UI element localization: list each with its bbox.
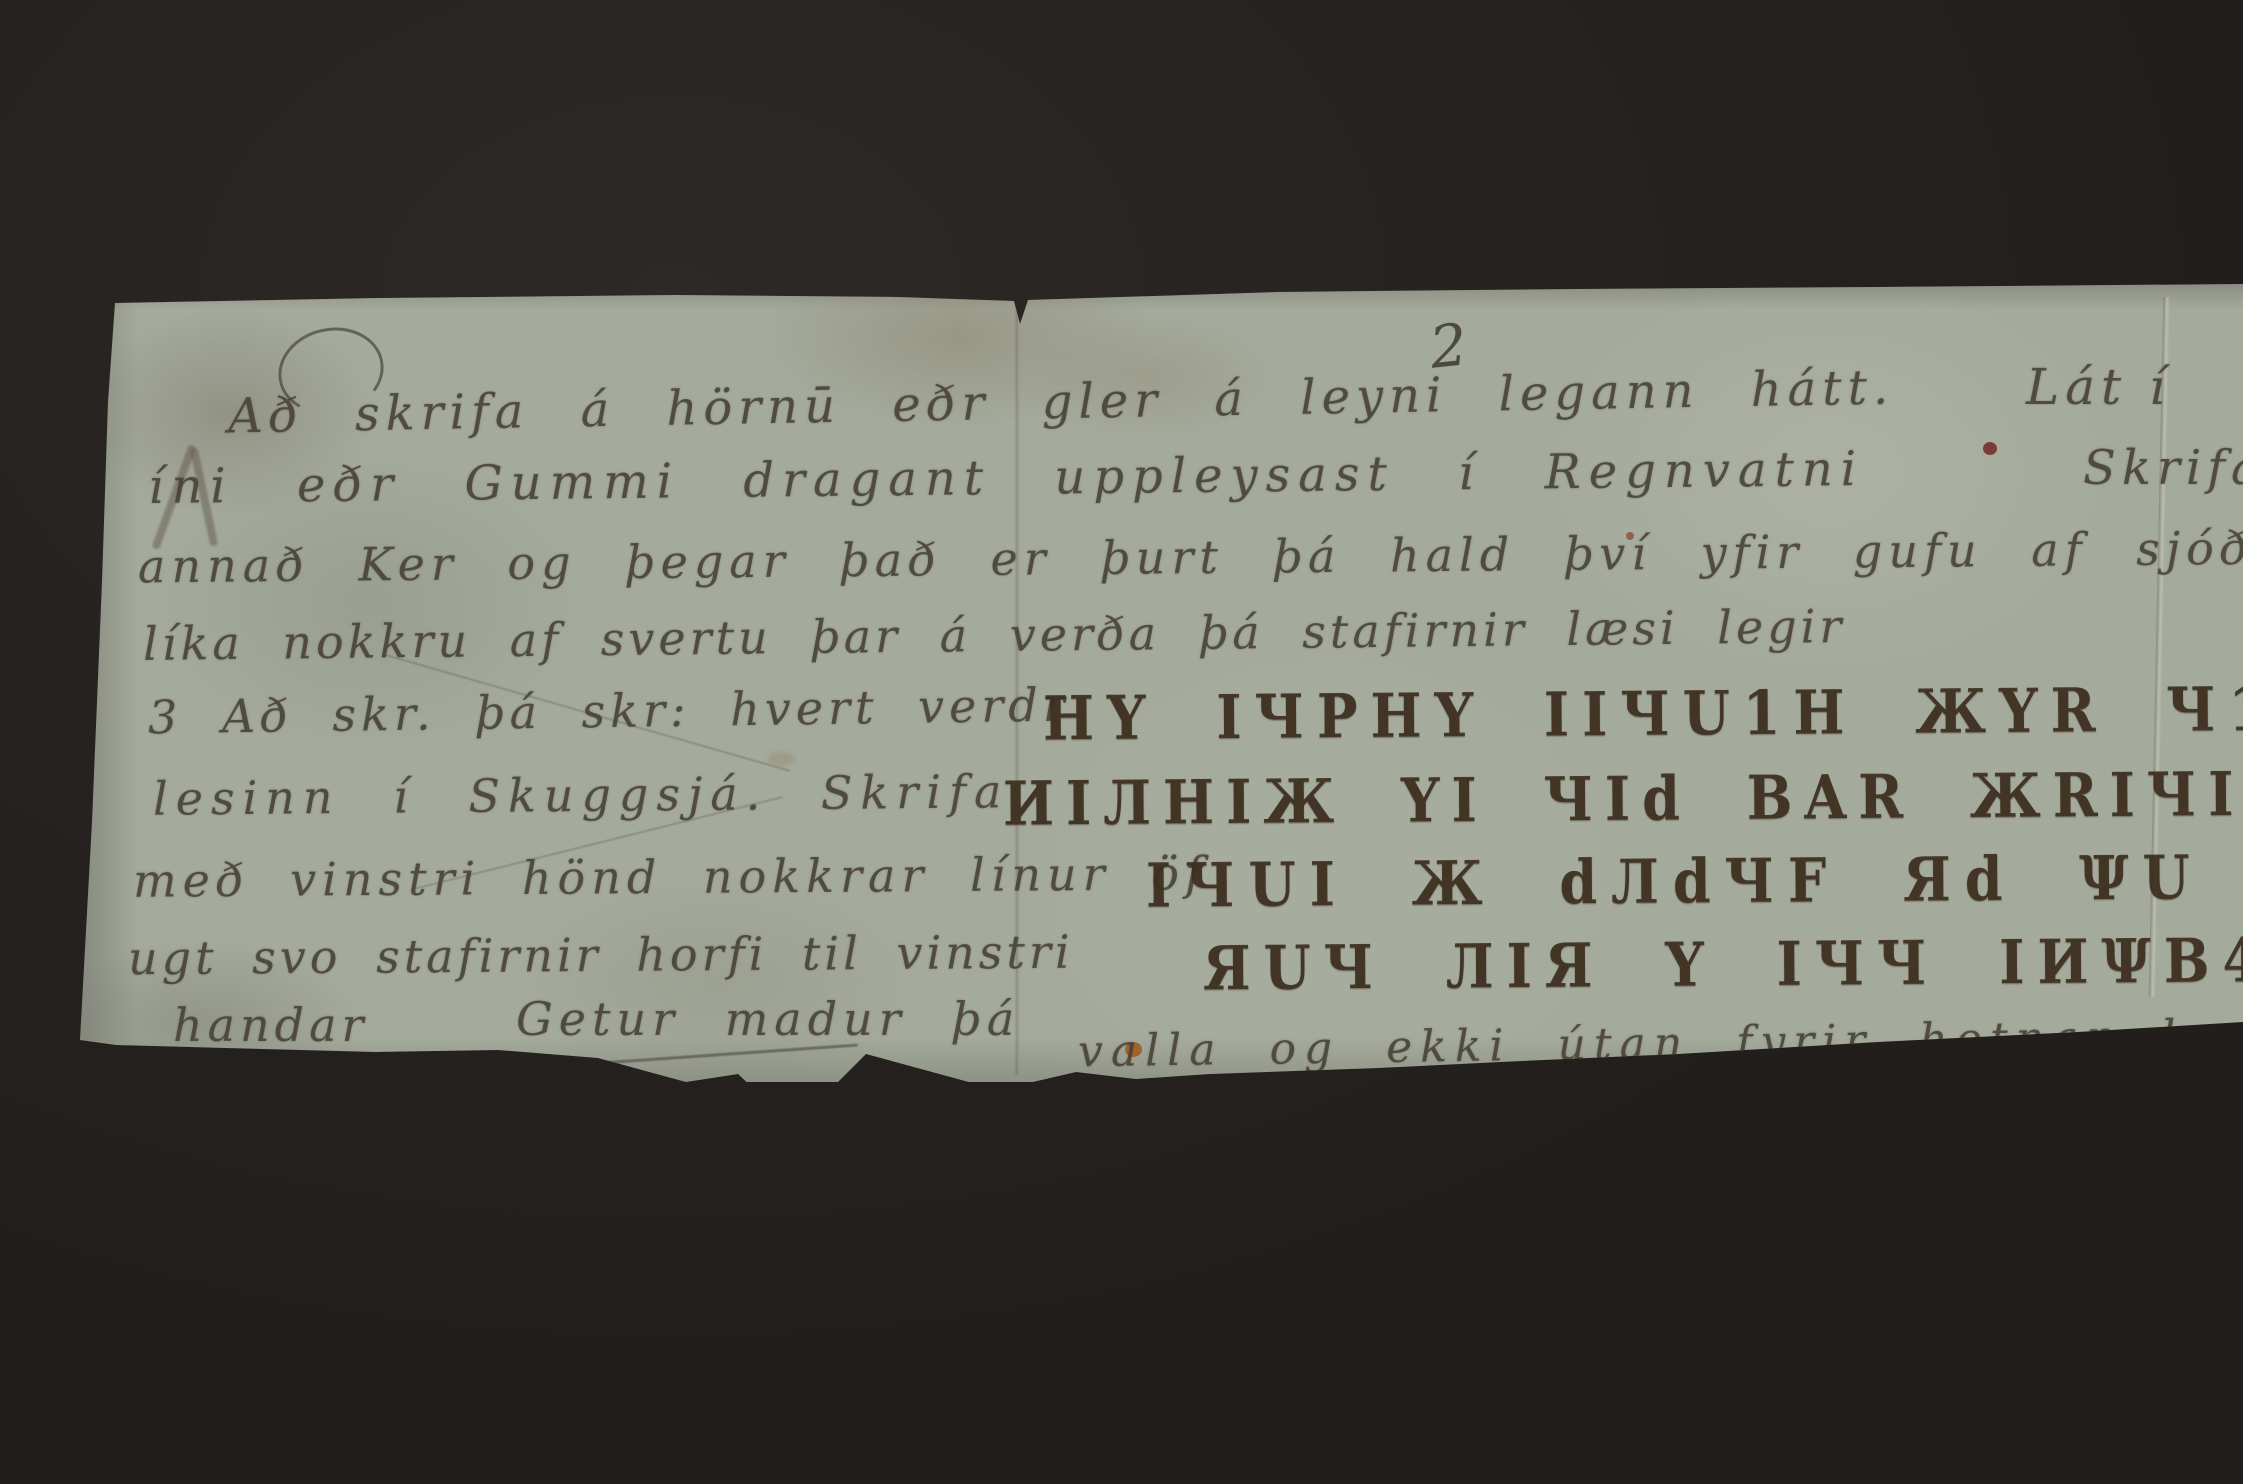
faint-stain [768, 752, 794, 766]
rune-row-1: HY IЧPHY IIЧU1H ЖYR Ч1d ИP1Л [1043, 670, 2243, 754]
ink-blot-red [1983, 442, 1997, 455]
text-line-5: 3 Að skr. þá skr: hvert verdr [148, 678, 1070, 745]
text-line-8: ugt svo stafirnir horfi til vinstri [128, 925, 1074, 986]
text-line-1: Að skrifa á hörnū eðr gler á leyni legan… [228, 359, 1895, 444]
text-line-2-right: Skrifa [2083, 440, 2243, 496]
rune-row-4: ЯUЧ ЛIЯ Y IЧЧ IИΨB4ЯU ΨЧ ЧU [1203, 920, 2243, 1004]
rune-row-3: IЧUI Ж dЛdЧF Яd ΨU ЯUIЛ [1146, 839, 2243, 921]
manuscript-paper: 2 Að skrifa á hörnū eðr gler á leyni leg… [78, 282, 2243, 1082]
text-line-1-right: Lát í [2026, 358, 2171, 416]
text-line-2: íni eðr Gummi dragant uppleysast í Regnv… [148, 441, 1865, 515]
bottom-tear-line [558, 1044, 857, 1068]
text-line-7: með vinstri hönd nokkrar línur öf [133, 846, 1208, 908]
text-line-9-left: handar [173, 998, 369, 1052]
text-line-3: annað Ker og þegar það er þurt þá hald þ… [138, 521, 2243, 594]
text-line-9-mid: Getur madur þá [516, 992, 1020, 1046]
text-line-9-right: valla og ekki útan fyrir hotnar legi [1078, 1010, 2243, 1078]
text-line-6: lesinn í Skuggsjá. Skrifa [153, 764, 1010, 825]
manuscript-photo: 2 Að skrifa á hörnū eðr gler á leyni leg… [0, 0, 2243, 1484]
text-line-4: líka nokkru af svertu þar á verða þá sta… [143, 599, 1846, 671]
rune-row-2: ИIЛHIЖ YI ЧId BAR ЖRIЧIИ ΨUЛ 1ИB1Я [1003, 753, 2243, 839]
